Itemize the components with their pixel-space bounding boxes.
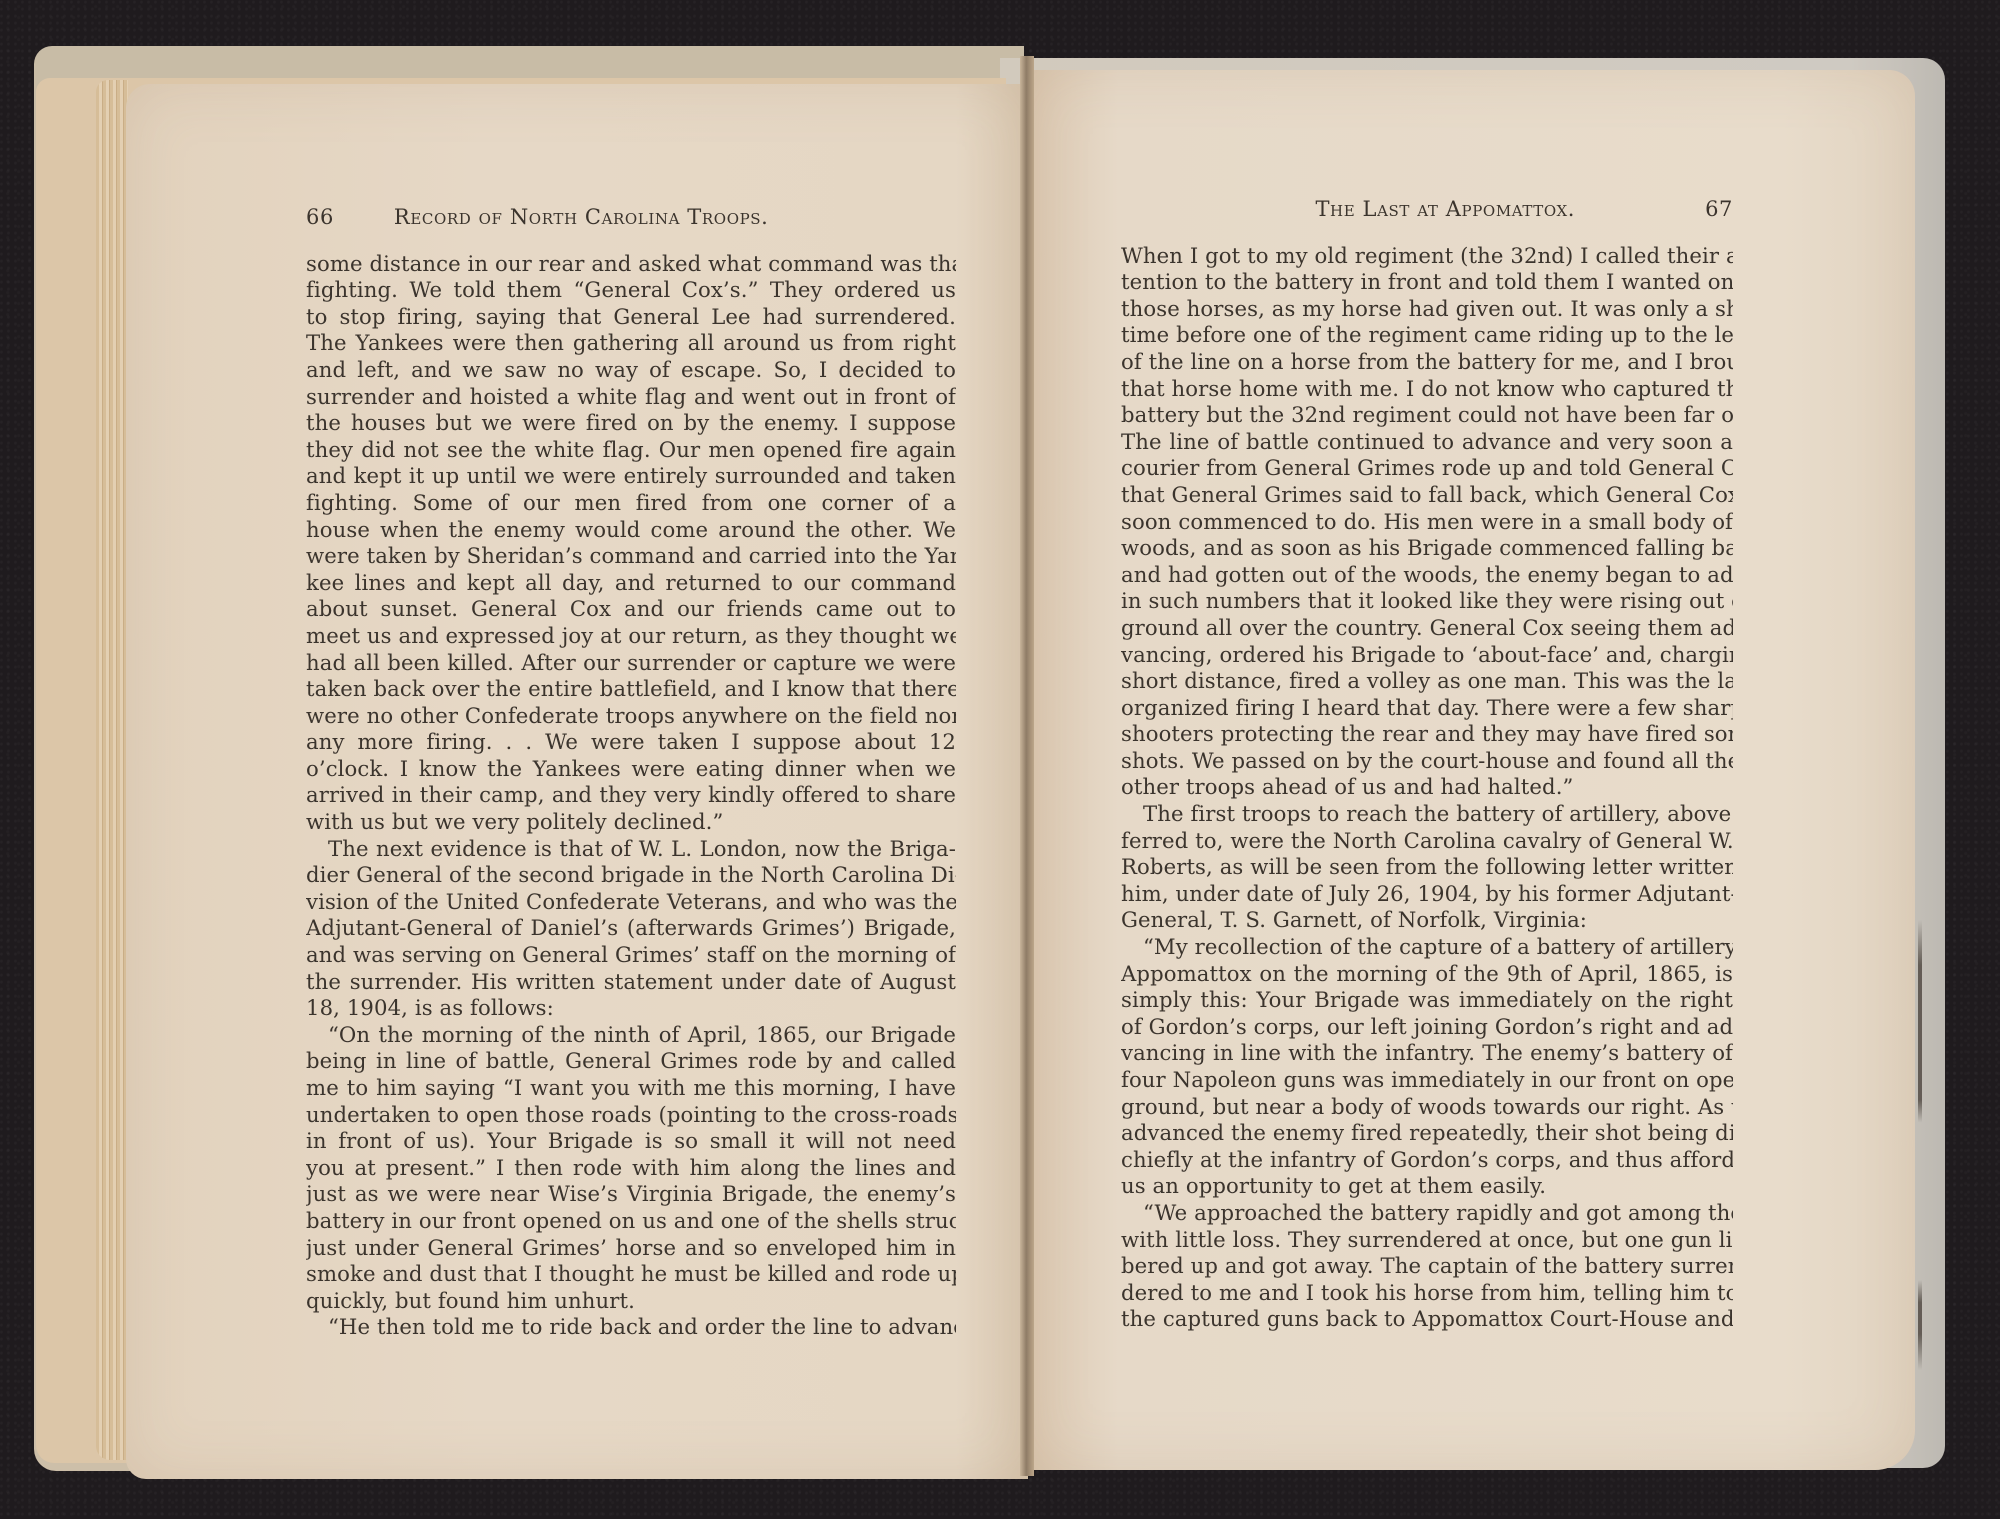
text-line: quickly, but found him unhurt. <box>306 1288 956 1315</box>
text-line: of Gordon’s corps, our left joining Gord… <box>1121 1014 1733 1041</box>
right-page-text: The Last at Appomattox. 67 When I got to… <box>1121 196 1733 1333</box>
text-line: tention to the battery in front and told… <box>1121 269 1733 296</box>
text-line: organized firing I heard that day. There… <box>1121 695 1733 722</box>
left-page-text: 66 Record of North Carolina Troops. some… <box>306 204 956 1341</box>
text-line: vancing, ordered his Brigade to ‘about-f… <box>1121 642 1733 669</box>
text-line: The next evidence is that of W. L. Londo… <box>306 836 956 863</box>
text-line: and kept it up until we were entirely su… <box>306 463 956 490</box>
left-running-header: 66 Record of North Carolina Troops. <box>306 204 956 231</box>
text-line: “My recollection of the capture of a bat… <box>1121 934 1733 961</box>
text-line: to stop firing, saying that General Lee … <box>306 304 956 331</box>
text-line: shots. We passed on by the court-house a… <box>1121 748 1733 775</box>
text-line: Adjutant-General of Daniel’s (afterwards… <box>306 915 956 942</box>
text-line: the captured guns back to Appomattox Cou… <box>1121 1306 1733 1333</box>
text-line: “We approached the battery rapidly and g… <box>1121 1200 1733 1227</box>
text-line: about sunset. General Cox and our friend… <box>306 596 956 623</box>
page-fore-edge-layers <box>96 80 128 1460</box>
page-number-right: 67 <box>1705 196 1733 223</box>
text-line: some distance in our rear and asked what… <box>306 251 956 278</box>
text-line: ground all over the country. General Cox… <box>1121 615 1733 642</box>
text-line: battery in our front opened on us and on… <box>306 1208 956 1235</box>
right-page-body: When I got to my old regiment (the 32nd)… <box>1121 243 1733 1333</box>
text-line: bered up and got away. The captain of th… <box>1121 1253 1733 1280</box>
right-edge-shadow <box>1918 920 1922 1370</box>
text-line: any more firing. . . We were taken I sup… <box>306 729 956 756</box>
text-line: in front of us). Your Brigade is so smal… <box>306 1128 956 1155</box>
text-line: just under General Grimes’ horse and so … <box>306 1235 956 1262</box>
page-number-left: 66 <box>306 204 334 231</box>
text-line: taken back over the entire battlefield, … <box>306 676 956 703</box>
text-line: were no other Confederate troops anywher… <box>306 703 956 730</box>
text-line: fighting. Some of our men fired from one… <box>306 490 956 517</box>
text-line: meet us and expressed joy at our return,… <box>306 623 956 650</box>
book-gutter <box>1020 56 1034 1476</box>
text-line: dered to me and I took his horse from hi… <box>1121 1280 1733 1307</box>
text-line: me to him saying “I want you with me thi… <box>306 1075 956 1102</box>
running-head-right: The Last at Appomattox. <box>1121 196 1705 223</box>
text-line: The Yankees were then gathering all arou… <box>306 330 956 357</box>
text-line: with us but we very politely declined.” <box>306 809 956 836</box>
text-line: four Napoleon guns was immediately in ou… <box>1121 1067 1733 1094</box>
text-line: they did not see the white flag. Our men… <box>306 437 956 464</box>
text-line: that horse home with me. I do not know w… <box>1121 376 1733 403</box>
text-line: of the line on a horse from the battery … <box>1121 349 1733 376</box>
text-line: and left, and we saw no way of escape. S… <box>306 357 956 384</box>
text-line: o’clock. I know the Yankees were eating … <box>306 756 956 783</box>
text-line: shooters protecting the rear and they ma… <box>1121 721 1733 748</box>
text-line: kee lines and kept all day, and returned… <box>306 570 956 597</box>
text-line: The first troops to reach the battery of… <box>1121 801 1733 828</box>
text-line: simply this: Your Brigade was immediatel… <box>1121 987 1733 1014</box>
text-line: other troops ahead of us and had halted.… <box>1121 774 1733 801</box>
text-line: undertaken to open those roads (pointing… <box>306 1102 956 1129</box>
text-line: advanced the enemy fired repeatedly, the… <box>1121 1120 1733 1147</box>
text-line: and was serving on General Grimes’ staff… <box>306 942 956 969</box>
text-line: fighting. We told them “General Cox’s.” … <box>306 277 956 304</box>
text-line: vancing in line with the infantry. The e… <box>1121 1040 1733 1067</box>
text-line: had all been killed. After our surrender… <box>306 650 956 677</box>
text-line: “He then told me to ride back and order … <box>306 1314 956 1341</box>
text-line: those horses, as my horse had given out.… <box>1121 296 1733 323</box>
left-page-body: some distance in our rear and asked what… <box>306 251 956 1341</box>
text-line: The line of battle continued to advance … <box>1121 429 1733 456</box>
text-line: with little loss. They surrendered at on… <box>1121 1227 1733 1254</box>
text-line: 18, 1904, is as follows: <box>306 995 956 1022</box>
text-line: “On the morning of the ninth of April, 1… <box>306 1022 956 1049</box>
text-line: us an opportunity to get at them easily. <box>1121 1173 1733 1200</box>
text-line: were taken by Sheridan’s command and car… <box>306 543 956 570</box>
right-running-header: The Last at Appomattox. 67 <box>1121 196 1733 223</box>
text-line: Appomattox on the morning of the 9th of … <box>1121 961 1733 988</box>
text-line: Roberts, as will be seen from the follow… <box>1121 854 1733 881</box>
text-line: dier General of the second brigade in th… <box>306 862 956 889</box>
text-line: ground, but near a body of woods towards… <box>1121 1094 1733 1121</box>
text-line: him, under date of July 26, 1904, by his… <box>1121 881 1733 908</box>
text-line: in such numbers that it looked like they… <box>1121 588 1733 615</box>
text-line: house when the enemy would come around t… <box>306 517 956 544</box>
text-line: courier from General Grimes rode up and … <box>1121 455 1733 482</box>
text-line: General, T. S. Garnett, of Norfolk, Virg… <box>1121 907 1733 934</box>
text-line: smoke and dust that I thought he must be… <box>306 1261 956 1288</box>
text-line: When I got to my old regiment (the 32nd)… <box>1121 243 1733 270</box>
text-line: soon commenced to do. His men were in a … <box>1121 509 1733 536</box>
text-line: being in line of battle, General Grimes … <box>306 1048 956 1075</box>
text-line: short distance, fired a volley as one ma… <box>1121 668 1733 695</box>
text-line: woods, and as soon as his Brigade commen… <box>1121 535 1733 562</box>
running-head-left: Record of North Carolina Troops. <box>334 204 956 231</box>
text-line: chiefly at the infantry of Gordon’s corp… <box>1121 1147 1733 1174</box>
text-line: ferred to, were the North Carolina caval… <box>1121 828 1733 855</box>
text-line: the surrender. His written statement und… <box>306 969 956 996</box>
text-line: and had gotten out of the woods, the ene… <box>1121 562 1733 589</box>
text-line: battery but the 32nd regiment could not … <box>1121 402 1733 429</box>
text-line: just as we were near Wise’s Virginia Bri… <box>306 1181 956 1208</box>
text-line: that General Grimes said to fall back, w… <box>1121 482 1733 509</box>
text-line: vision of the United Confederate Veteran… <box>306 889 956 916</box>
text-line: surrender and hoisted a white flag and w… <box>306 384 956 411</box>
text-line: arrived in their camp, and they very kin… <box>306 782 956 809</box>
text-line: the houses but we were fired on by the e… <box>306 410 956 437</box>
text-line: you at present.” I then rode with him al… <box>306 1155 956 1182</box>
text-line: time before one of the regiment came rid… <box>1121 322 1733 349</box>
